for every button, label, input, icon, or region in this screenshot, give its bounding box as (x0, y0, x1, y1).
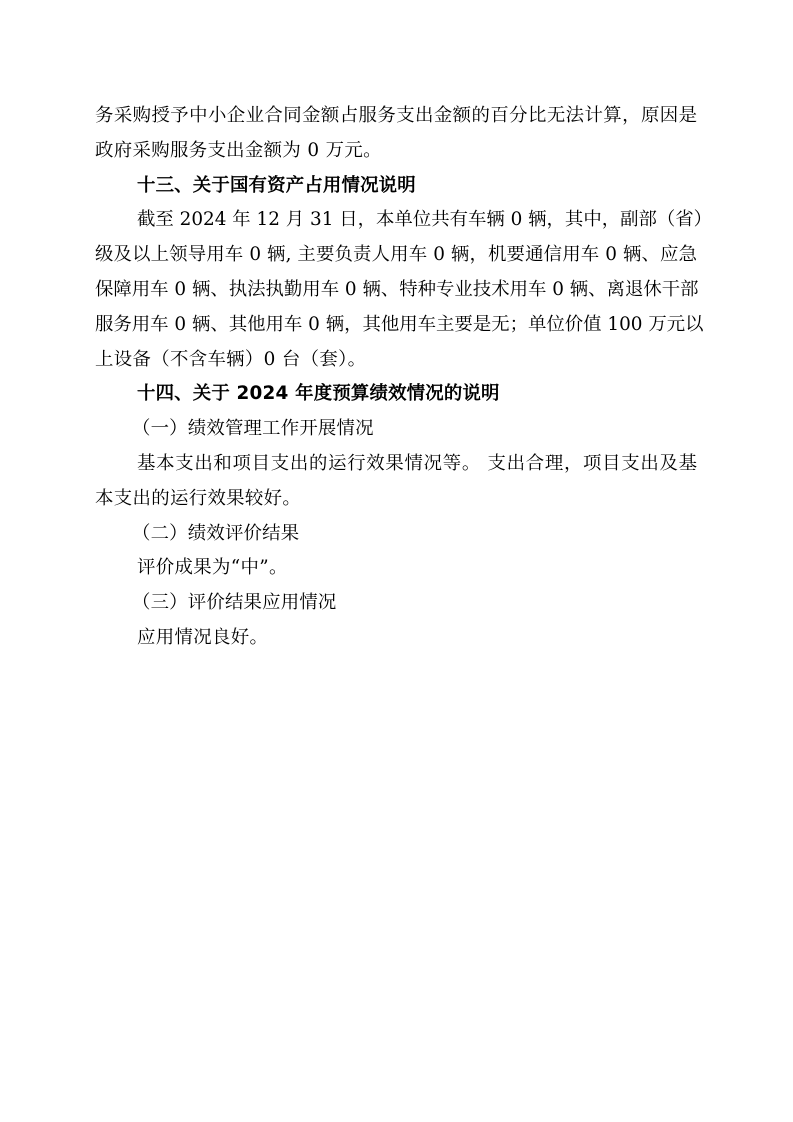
body-text-line: 应用情况良好。 (95, 621, 697, 656)
section-heading-14: 十四、关于 2024 年度预算绩效情况的说明 (95, 377, 697, 412)
body-text-line: 级及以上领导用车 0 辆, 主要负责人用车 0 辆，机要通信用车 0 辆、应急 (95, 238, 697, 273)
body-text-line: 保障用车 0 辆、执法执勤用车 0 辆、特种专业技术用车 0 辆、离退休干部 (95, 273, 697, 308)
body-text-line: 务采购授予中小企业合同金额占服务支出金额的百分比无法计算，原因是 (95, 99, 697, 134)
body-text-line: 政府采购服务支出金额为 0 万元。 (95, 134, 697, 169)
subsection-heading-2: （二）绩效评价结果 (95, 517, 697, 552)
body-text-line: 本支出的运行效果较好。 (95, 482, 697, 517)
subsection-heading-1: （一）绩效管理工作开展情况 (95, 412, 697, 447)
body-text-line: 服务用车 0 辆、其他用车 0 辆，其他用车主要是无；单位价值 100 万元以 (95, 308, 697, 343)
subsection-heading-3: （三）评价结果应用情况 (95, 586, 697, 621)
body-text-line: 上设备（不含车辆）0 台（套）。 (95, 343, 697, 378)
document-page: 务采购授予中小企业合同金额占服务支出金额的百分比无法计算，原因是 政府采购服务支… (95, 99, 697, 656)
body-text-line: 评价成果为“中”。 (95, 551, 697, 586)
body-text-line: 截至 2024 年 12 月 31 日，本单位共有车辆 0 辆，其中，副部（省） (95, 203, 697, 238)
section-heading-13: 十三、关于国有资产占用情况说明 (95, 169, 697, 204)
body-text-line: 基本支出和项目支出的运行效果情况等。 支出合理，项目支出及基 (95, 447, 697, 482)
